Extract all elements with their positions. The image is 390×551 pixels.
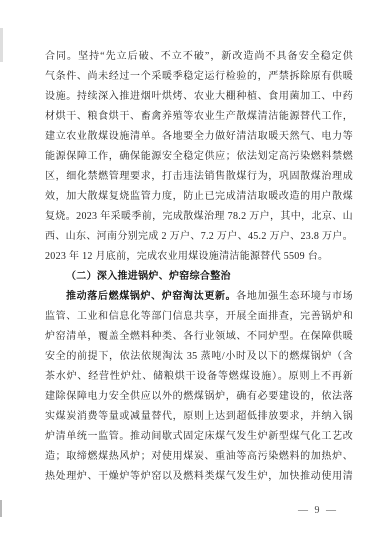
text-line: 复烧。2023 年采暖季前，完成散煤治理 78.2 万户，其中，北京、山 [45,207,353,227]
scan-artifact-top [0,28,3,62]
text-line: 设施。持续深入推进烟叶烘烤、农业大棚种植、食用菌加工、中药 [45,87,353,107]
text-line: 实煤炭消费等量或减量替代，原则上达到超低排放要求，并纳入锅 [45,407,353,427]
text-line: 造；取缔燃煤热风炉；对使用煤炭、重油等高污染燃料的加热炉、 [45,447,353,467]
text-line: 建除保障电力安全供应以外的燃煤锅炉，确有必要建设的，依法落 [45,387,353,407]
text-line: 效，加大散煤复烧监管力度，防止已完成清洁取暖改造的用户散煤 [45,187,353,207]
text-line: 合同。坚持“先立后破、不立不破”，新改造尚不具备安全稳定供 [45,47,353,67]
text-line: 茶水炉、经营性炉灶、储粮烘干设备等燃煤设施）。原则上不再新 [45,367,353,387]
text-line: 西、山东、河南分别完成 2 万户、7.2 万户、45.2 万户、23.8 万户。 [45,227,353,247]
text-line-rest: 各地加强生态环境与市场 [236,291,353,302]
page-number: — 9 — [298,503,338,519]
text-line: 炉清单统一监管。推动间歇式固定床煤气发生炉新型煤气化工艺改 [45,427,353,447]
text-line: 2023 年 12 月底前，完成农业用煤设施清洁能源替代 5509 台。 [45,247,353,267]
text-line: 安全的前提下，依法依规淘汰 35 蒸吨/小时及以下的燃煤锅炉（含 [45,347,353,367]
text-line: 区，细化禁燃管理要求，打击违法销售散煤行为，巩固散煤治理成 [45,167,353,187]
text-line: 推动落后燃煤锅炉、炉窑淘汰更新。各地加强生态环境与市场 [45,287,353,307]
body-text: 合同。坚持“先立后破、不立不破”，新改造尚不具备安全稳定供 气条件、尚未经过一个… [45,47,353,487]
text-line: 材烘干、粮食烘干、畜禽养殖等农业生产散煤清洁能源替代工作， [45,107,353,127]
bold-lead-sentence: 推动落后燃煤锅炉、炉窑淘汰更新。 [66,291,236,302]
document-page: 合同。坚持“先立后破、不立不破”，新改造尚不具备安全稳定供 气条件、尚未经过一个… [0,0,390,551]
text-line: 炉窑清单，覆盖全燃料种类、各行业领域、不同炉型。在保障供暖 [45,327,353,347]
text-line: 建立农业散煤设施清单。各地要全力做好清洁取暖天然气、电力等 [45,127,353,147]
scan-artifact-bottom [0,500,2,517]
section-heading: （二）深入推进锅炉、炉窑综合整治 [45,267,353,287]
text-line: 热处理炉、干燥炉等炉窑以及燃料类煤气发生炉，加快推动使用清 [45,467,353,487]
text-line: 能源保障工作，确保能源安全稳定供应；依法划定高污染燃料禁燃 [45,147,353,167]
text-line: 监管、工业和信息化等部门信息共享，开展全面排查，完善锅炉和 [45,307,353,327]
text-line: 气条件、尚未经过一个采暖季稳定运行检验的，严禁拆除原有供暖 [45,67,353,87]
